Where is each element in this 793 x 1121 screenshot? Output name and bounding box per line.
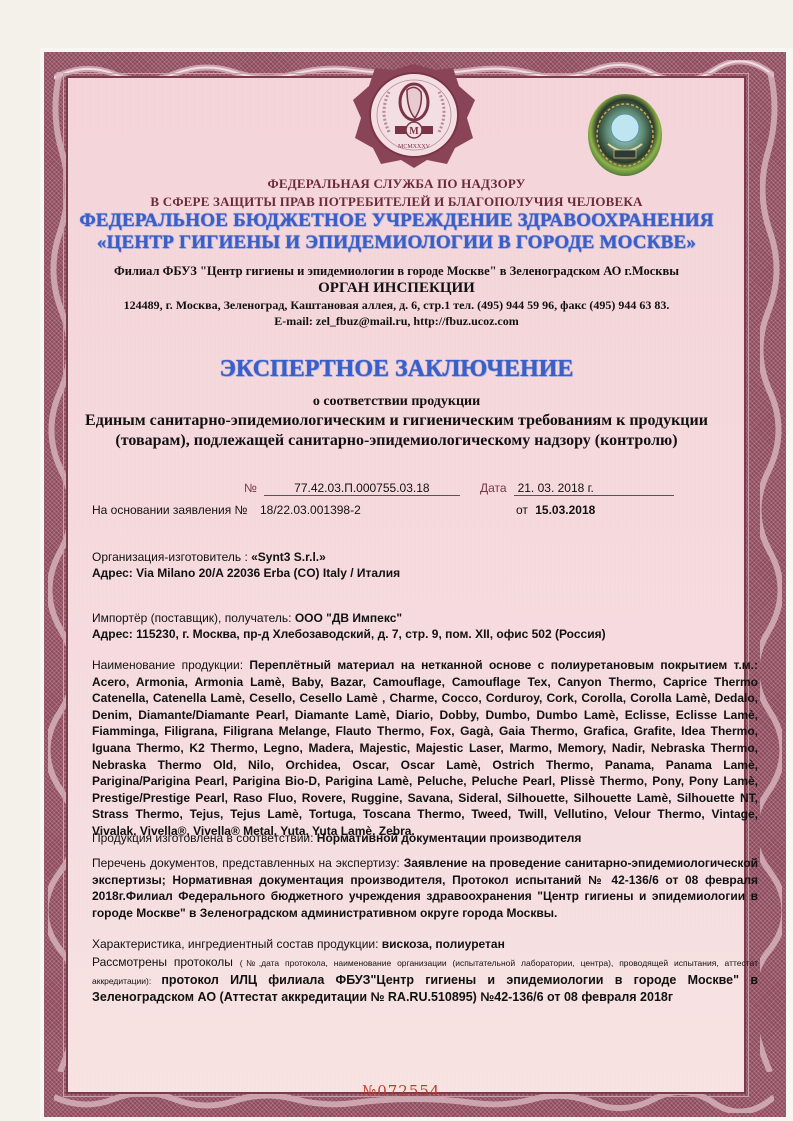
basis-date-label: от — [516, 503, 528, 517]
documents-label: Перечень документов, представленных на э… — [92, 856, 404, 870]
composition-label: Характеристика, ингредиентный состав про… — [92, 937, 382, 951]
product-name-section: Наименование продукции: Переплётный мате… — [92, 657, 758, 840]
product-description: Переплётный материал на нетканной основе… — [92, 658, 758, 838]
product-label: Наименование продукции: — [92, 658, 249, 672]
importer-label: Импортёр (поставщик), получатель: — [92, 611, 295, 625]
emblem-seal-icon: M MCMXXXV — [349, 62, 479, 168]
registration-number: 77.42.03.П.000755.03.18 — [264, 481, 460, 496]
importer-address-label: Адрес: — [92, 627, 136, 641]
composition-value: вискоза, полиуретан — [382, 937, 505, 951]
importer-address: 115230, г. Москва, пр-д Хлебозаводский, … — [136, 627, 605, 641]
institution-line-2: «ЦЕНТР ГИГИЕНЫ И ЭПИДЕМИОЛОГИИ В ГОРОДЕ … — [0, 232, 793, 254]
protocols-section: Рассмотрены протоколы (№,дата протокола,… — [92, 954, 758, 1006]
protocols-value: протокол ИЛЦ филиала ФБУЗ"Центр гигиены … — [92, 973, 758, 1005]
manufactured-per-value: Нормативной документации производителя — [317, 831, 582, 845]
branch-address: 124489, г. Москва, Зеленоград, Каштанова… — [0, 298, 793, 313]
agency-line-2: В СФЕРЕ ЗАЩИТЫ ПРАВ ПОТРЕБИТЕЛЕЙ И БЛАГО… — [0, 194, 793, 210]
title-sub-2: Единым санитарно-эпидемиологическим и ги… — [0, 412, 793, 430]
basis-number: 18/22.03.001398-2 — [260, 503, 361, 517]
title-sub-3: (товарам), подлежащей санитарно-эпидемио… — [0, 432, 793, 450]
number-label: № — [244, 481, 257, 495]
svg-text:M: M — [409, 126, 419, 137]
importer-name: ООО "ДВ Импекс" — [295, 611, 402, 625]
registration-date-row: Дата 21. 03. 2018 г. — [480, 481, 674, 496]
basis-date: 15.03.2018 — [535, 503, 595, 517]
composition-row: Характеристика, ингредиентный состав про… — [92, 937, 505, 951]
importer-address-row: Адрес: 115230, г. Москва, пр-д Хлебозаво… — [92, 627, 606, 641]
institution-line-1: ФЕДЕРАЛЬНОЕ БЮДЖЕТНОЕ УЧРЕЖДЕНИЕ ЗДРАВОО… — [0, 210, 793, 232]
manufacturer-label: Организация-изготовитель : — [92, 550, 251, 564]
registration-date: 21. 03. 2018 г. — [514, 481, 674, 496]
basis-label: На основании заявления № — [92, 503, 247, 517]
submitted-documents-section: Перечень документов, представленных на э… — [92, 855, 758, 921]
manufacturer-address: Via Milano 20/A 22036 Erba (CO) Italy / … — [136, 566, 400, 580]
manufacturer-address-label: Адрес: — [92, 566, 136, 580]
manufacturer-name: «Synt3 S.r.l.» — [251, 550, 326, 564]
document-title: ЭКСПЕРТНОЕ ЗАКЛЮЧЕНИЕ — [0, 356, 793, 383]
hologram-sticker-icon — [586, 92, 664, 178]
registration-number-row: № 77.42.03.П.000755.03.18 — [244, 481, 460, 496]
protocols-label: Рассмотрены протоколы — [92, 955, 240, 969]
manufactured-per-label: Продукция изготовлена в соответствии: — [92, 831, 317, 845]
importer-row: Импортёр (поставщик), получатель: ООО "Д… — [92, 611, 402, 625]
agency-line-1: ФЕДЕРАЛЬНАЯ СЛУЖБА ПО НАДЗОРУ — [0, 176, 793, 192]
manufactured-per-row: Продукция изготовлена в соответствии: Но… — [92, 831, 581, 845]
inspection-body-title: ОРГАН ИНСПЕКЦИИ — [0, 280, 793, 297]
date-label: Дата — [480, 481, 507, 495]
branch-name: Филиал ФБУЗ "Центр гигиены и эпидемиолог… — [0, 264, 793, 279]
title-sub-1: о соответствии продукции — [0, 394, 793, 410]
basis-date-row: от 15.03.2018 — [516, 503, 595, 517]
svg-text:MCMXXXV: MCMXXXV — [398, 144, 431, 150]
manufacturer-row: Организация-изготовитель : «Synt3 S.r.l.… — [92, 550, 326, 564]
form-serial-number: №072554 — [362, 1082, 440, 1100]
branch-contacts: E-mail: zel_fbuz@mail.ru, http://fbuz.uc… — [0, 314, 793, 329]
manufacturer-address-row: Адрес: Via Milano 20/A 22036 Erba (CO) I… — [92, 566, 400, 580]
